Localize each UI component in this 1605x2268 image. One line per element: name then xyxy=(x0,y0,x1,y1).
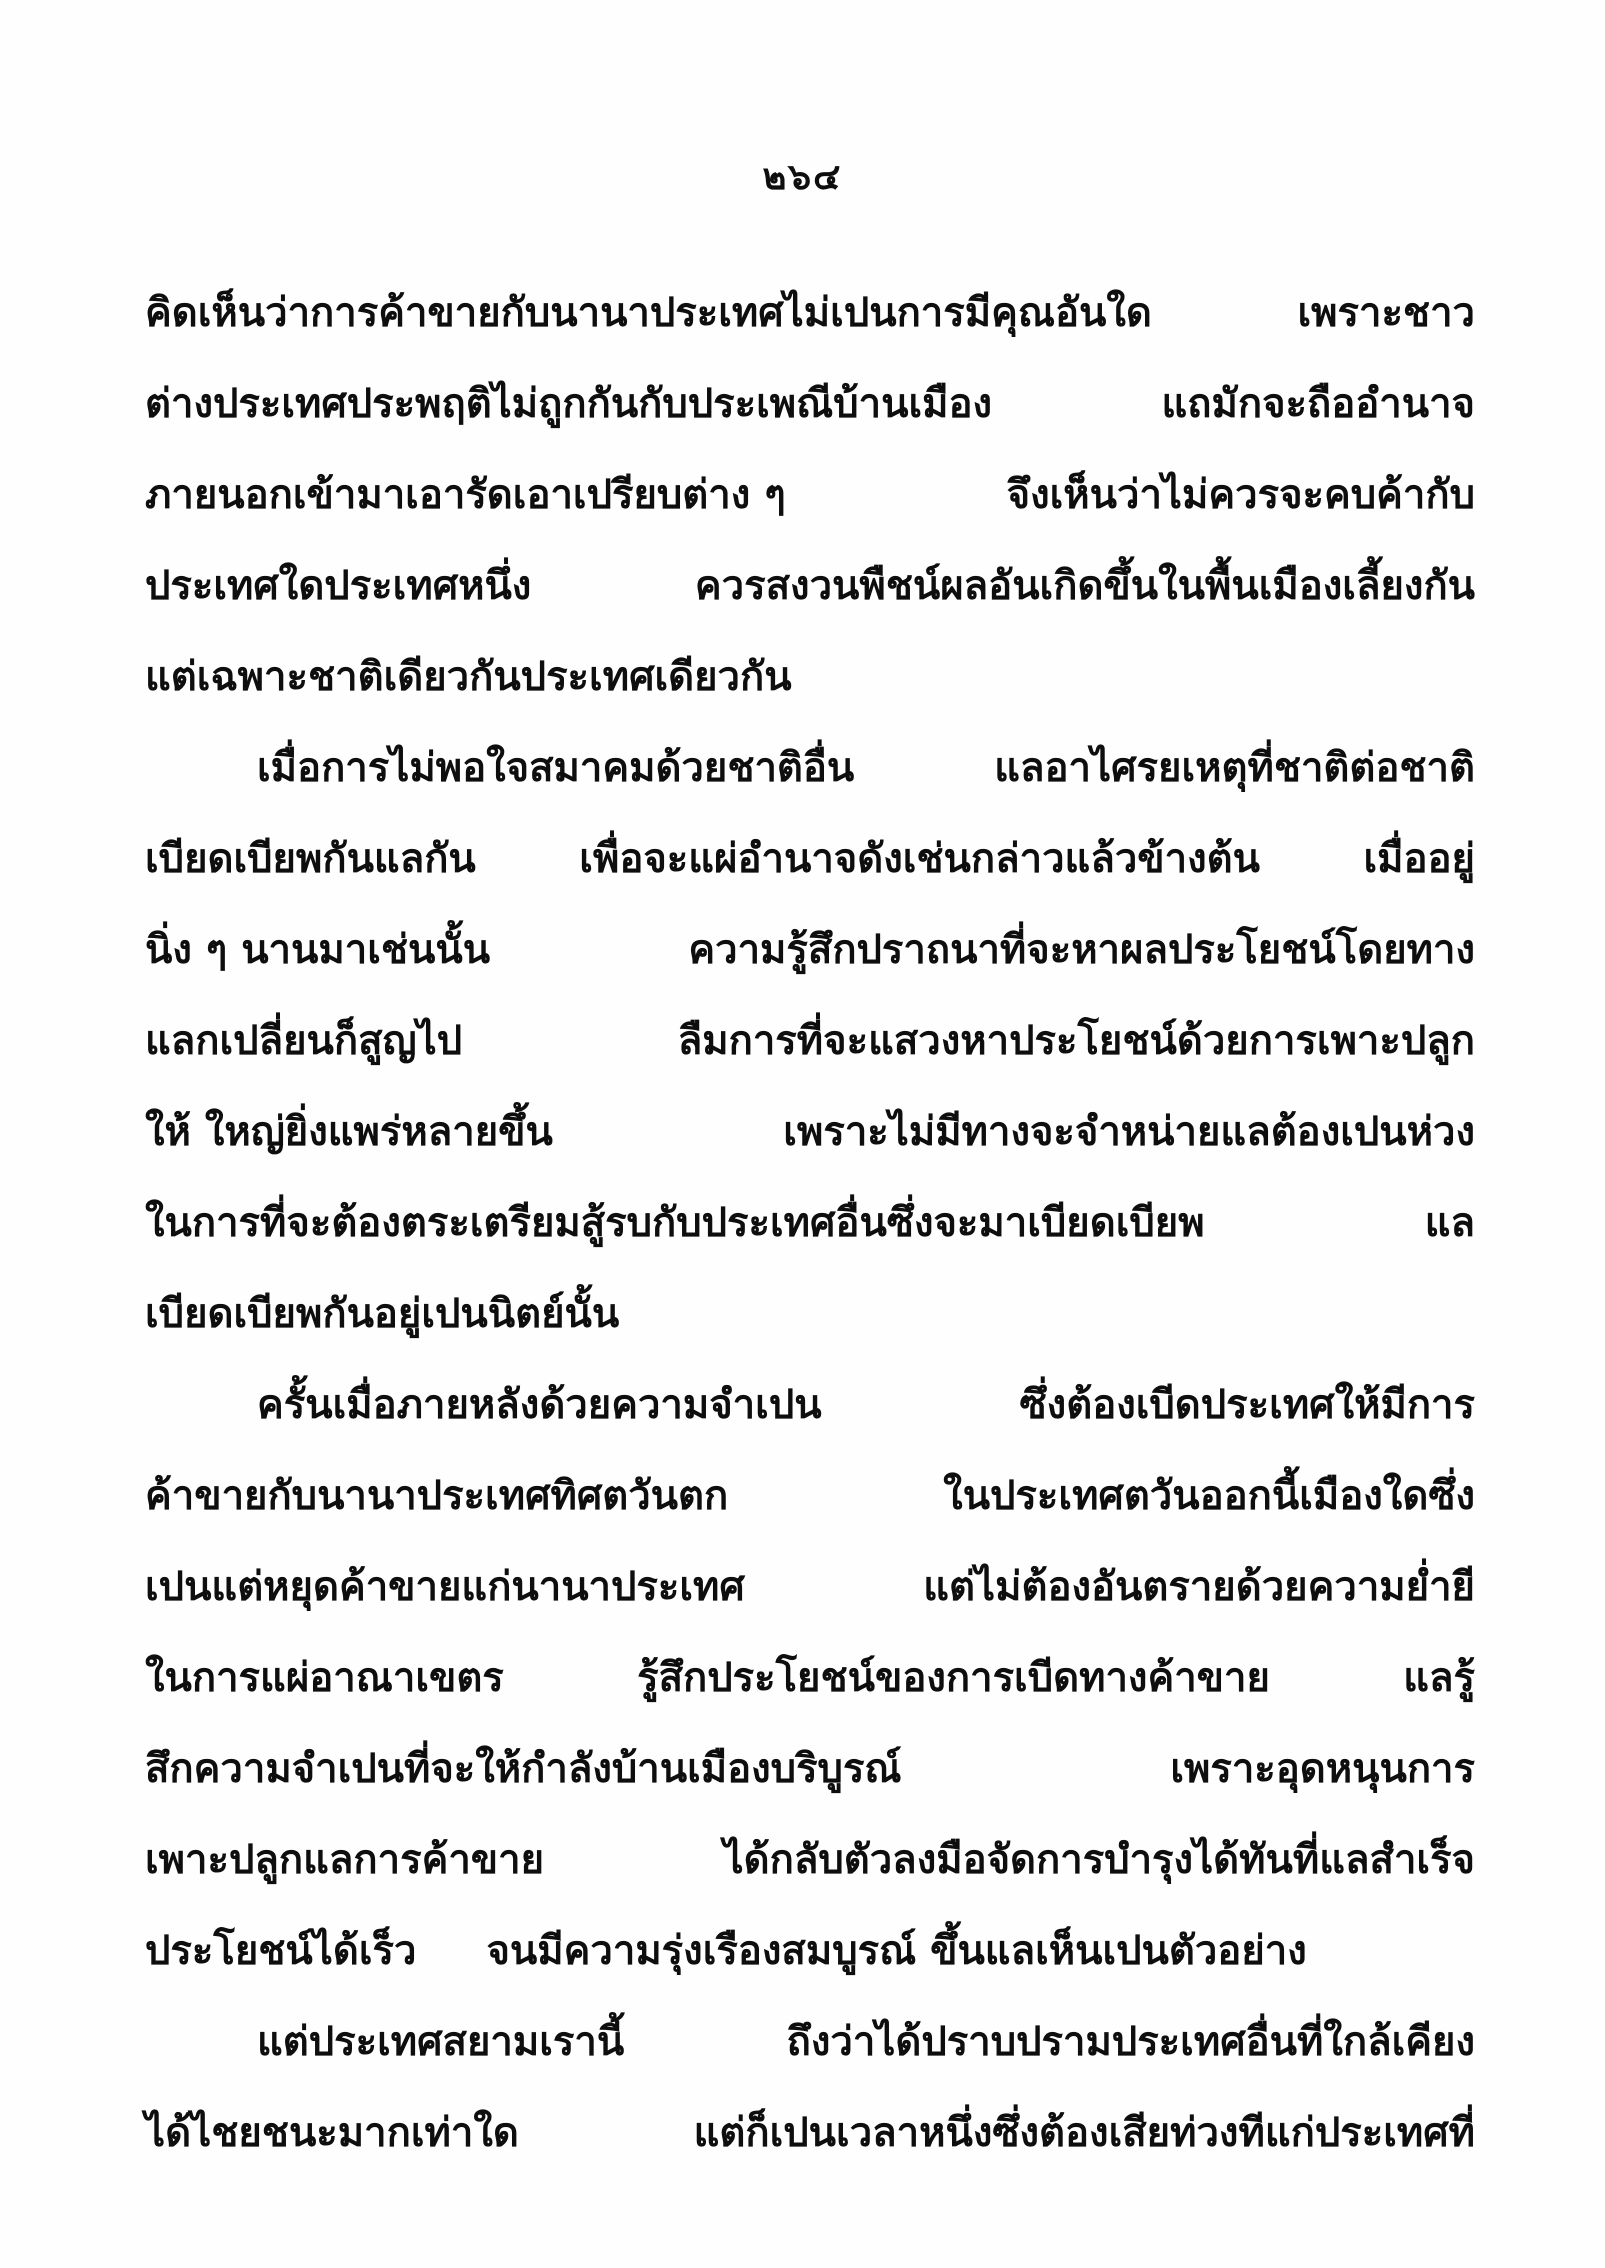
text-line: แต่เฉพาะชาติเดียวกันประเทศเดียวกัน xyxy=(145,632,1475,723)
text-segment: ต่างประเทศประพฤติไม่ถูกกันกับประเพณีบ้าน… xyxy=(145,359,992,450)
text-segment: แลอาไศรยเหตุที่ชาติต่อชาติ xyxy=(994,723,1475,814)
text-segment: ในประเทศตวันออกนี้เมืองใดซึ่ง xyxy=(943,1451,1475,1542)
paragraph: แต่ประเทศสยามเรานี้ถึงว่าได้ปราบปรามประเ… xyxy=(145,1997,1475,2179)
text-segment: ถึงว่าได้ปราบปรามประเทศอื่นที่ใกล้เคียง xyxy=(787,1997,1475,2088)
page-number: ๒๖๔ xyxy=(0,148,1605,205)
text-segment: ได้กลับตัวลงมือจัดการบำรุงได้ทันที่แลสำเ… xyxy=(724,1815,1475,1906)
text-segment: ค้าขายกับนานาประเทศทิศตวันตก xyxy=(145,1451,728,1542)
text-segment: เพื่อจะแผ่อำนาจดังเช่นกล่าวแล้วข้างต้น xyxy=(579,814,1260,905)
text-segment: ประเทศใดประเทศหนึ่ง xyxy=(145,541,531,632)
text-line: แต่ประเทศสยามเรานี้ถึงว่าได้ปราบปรามประเ… xyxy=(145,1997,1475,2088)
paragraph: คิดเห็นว่าการค้าขายกับนานาประเทศไม่เปนกา… xyxy=(145,268,1475,723)
text-segment: ให้ ใหญ่ยิ่งแพร่หลายขึ้น xyxy=(145,1087,553,1178)
text-segment: เมื่อการไม่พอใจสมาคมด้วยชาติอื่น xyxy=(257,723,854,814)
text-line: ในการที่จะต้องตระเตรียมสู้รบกับประเทศอื่… xyxy=(145,1178,1475,1269)
text-segment: คิดเห็นว่าการค้าขายกับนานาประเทศไม่เปนกา… xyxy=(145,268,1152,359)
text-line: เปนแต่หยุดค้าขายแก่นานาประเทศแต่ไม่ต้องอ… xyxy=(145,1542,1475,1633)
text-segment: ประโยชน์ได้เร็ว xyxy=(145,1906,416,1997)
text-segment: ควรสงวนพืชน์ผลอันเกิดขึ้นในพื้นเมืองเลี้… xyxy=(695,541,1475,632)
text-segment: เพราะชาว xyxy=(1297,268,1475,359)
text-segment: เพราะอุดหนุนการ xyxy=(1170,1724,1475,1815)
text-segment: แต่ประเทศสยามเรานี้ xyxy=(257,1997,624,2088)
text-line: แลกเปลี่ยนก็สูญไปลืมการที่จะแสวงหาประโยช… xyxy=(145,996,1475,1087)
text-line: ในการแผ่อาณาเขตรรู้สึกประโยชน์ของการเบีด… xyxy=(145,1633,1475,1724)
text-segment: รู้สึกประโยชน์ของการเบีดทางค้าขาย xyxy=(637,1633,1270,1724)
text-line: ครั้นเมื่อภายหลังด้วยความจำเปนซึ่งต้องเบ… xyxy=(145,1360,1475,1451)
paragraph: เมื่อการไม่พอใจสมาคมด้วยชาติอื่นแลอาไศรย… xyxy=(145,723,1475,1360)
text-segment: แถมักจะถืออำนาจ xyxy=(1162,359,1475,450)
text-segment: ในการที่จะต้องตระเตรียมสู้รบกับประเทศอื่… xyxy=(145,1178,1205,1269)
text-segment: ภายนอกเข้ามาเอารัดเอาเปรียบต่าง ๆ xyxy=(145,450,786,541)
text-segment: นิ่ง ๆ นานมาเช่นนั้น xyxy=(145,905,490,996)
text-segment: แต่ไม่ต้องอันตรายด้วยความย่ำยี xyxy=(923,1542,1475,1633)
text-segment: ในการแผ่อาณาเขตร xyxy=(145,1633,504,1724)
text-segment: เบียดเบียพกันอยู่เปนนิตย์นั้น xyxy=(145,1269,619,1360)
text-line: ประโยชน์ได้เร็วจนมีความรุ่งเรืองสมบูรณ์ … xyxy=(145,1906,1475,1997)
text-segment: เบียดเบียพกันแลกัน xyxy=(145,814,476,905)
text-segment: ได้ไชยชนะมากเท่าใด xyxy=(145,2088,519,2179)
text-line: เบียดเบียพกันแลกันเพื่อจะแผ่อำนาจดังเช่น… xyxy=(145,814,1475,905)
text-segment: เพราะไม่มีทางจะจำหน่ายแลต้องเปนห่วง xyxy=(783,1087,1475,1178)
text-segment: แต่ก็เปนเวลาหนึ่งซึ่งต้องเสียท่วงทีแก่ปร… xyxy=(694,2088,1475,2179)
text-line: เมื่อการไม่พอใจสมาคมด้วยชาติอื่นแลอาไศรย… xyxy=(145,723,1475,814)
text-segment: ครั้นเมื่อภายหลังด้วยความจำเปน xyxy=(257,1360,822,1451)
text-segment: แลกเปลี่ยนก็สูญไป xyxy=(145,996,462,1087)
text-line: เบียดเบียพกันอยู่เปนนิตย์นั้น xyxy=(145,1269,1475,1360)
text-segment: ความรู้สึกปราถนาที่จะหาผลประโยชน์โดยทาง xyxy=(688,905,1475,996)
text-line: เพาะปลูกแลการค้าขายได้กลับตัวลงมือจัดการ… xyxy=(145,1815,1475,1906)
text-segment: เมื่ออยู่ xyxy=(1363,814,1475,905)
text-line: นิ่ง ๆ นานมาเช่นนั้นความรู้สึกปราถนาที่จ… xyxy=(145,905,1475,996)
text-segment: จนมีความรุ่งเรืองสมบูรณ์ ขึ้นแลเห็นเปนตั… xyxy=(486,1906,1306,1997)
text-segment: แต่เฉพาะชาติเดียวกันประเทศเดียวกัน xyxy=(145,632,792,723)
text-line: ประเทศใดประเทศหนึ่งควรสงวนพืชน์ผลอันเกิด… xyxy=(145,541,1475,632)
text-segment: แล xyxy=(1425,1178,1475,1269)
text-line: ให้ ใหญ่ยิ่งแพร่หลายขึ้นเพราะไม่มีทางจะจ… xyxy=(145,1087,1475,1178)
text-segment: แลรู้ xyxy=(1403,1633,1475,1724)
text-segment: สึกความจำเปนที่จะให้กำลังบ้านเมืองบริบูร… xyxy=(145,1724,902,1815)
text-line: สึกความจำเปนที่จะให้กำลังบ้านเมืองบริบูร… xyxy=(145,1724,1475,1815)
text-segment: เปนแต่หยุดค้าขายแก่นานาประเทศ xyxy=(145,1542,745,1633)
body-text-block: คิดเห็นว่าการค้าขายกับนานาประเทศไม่เปนกา… xyxy=(145,268,1475,2179)
paragraph: ครั้นเมื่อภายหลังด้วยความจำเปนซึ่งต้องเบ… xyxy=(145,1360,1475,1997)
text-line: ได้ไชยชนะมากเท่าใดแต่ก็เปนเวลาหนึ่งซึ่งต… xyxy=(145,2088,1475,2179)
text-line: ค้าขายกับนานาประเทศทิศตวันตกในประเทศตวัน… xyxy=(145,1451,1475,1542)
text-segment: ลืมการที่จะแสวงหาประโยชน์ด้วยการเพาะปลูก xyxy=(678,996,1475,1087)
text-segment: จึงเห็นว่าไม่ควรจะคบค้ากับ xyxy=(1007,450,1475,541)
text-line: ภายนอกเข้ามาเอารัดเอาเปรียบต่าง ๆจึงเห็น… xyxy=(145,450,1475,541)
text-segment: ซึ่งต้องเบีดประเทศให้มีการ xyxy=(1020,1360,1475,1451)
scanned-book-page: ๒๖๔ คิดเห็นว่าการค้าขายกับนานาประเทศไม่เ… xyxy=(0,0,1605,2268)
text-line: คิดเห็นว่าการค้าขายกับนานาประเทศไม่เปนกา… xyxy=(145,268,1475,359)
text-line: ต่างประเทศประพฤติไม่ถูกกันกับประเพณีบ้าน… xyxy=(145,359,1475,450)
text-segment: เพาะปลูกแลการค้าขาย xyxy=(145,1815,544,1906)
